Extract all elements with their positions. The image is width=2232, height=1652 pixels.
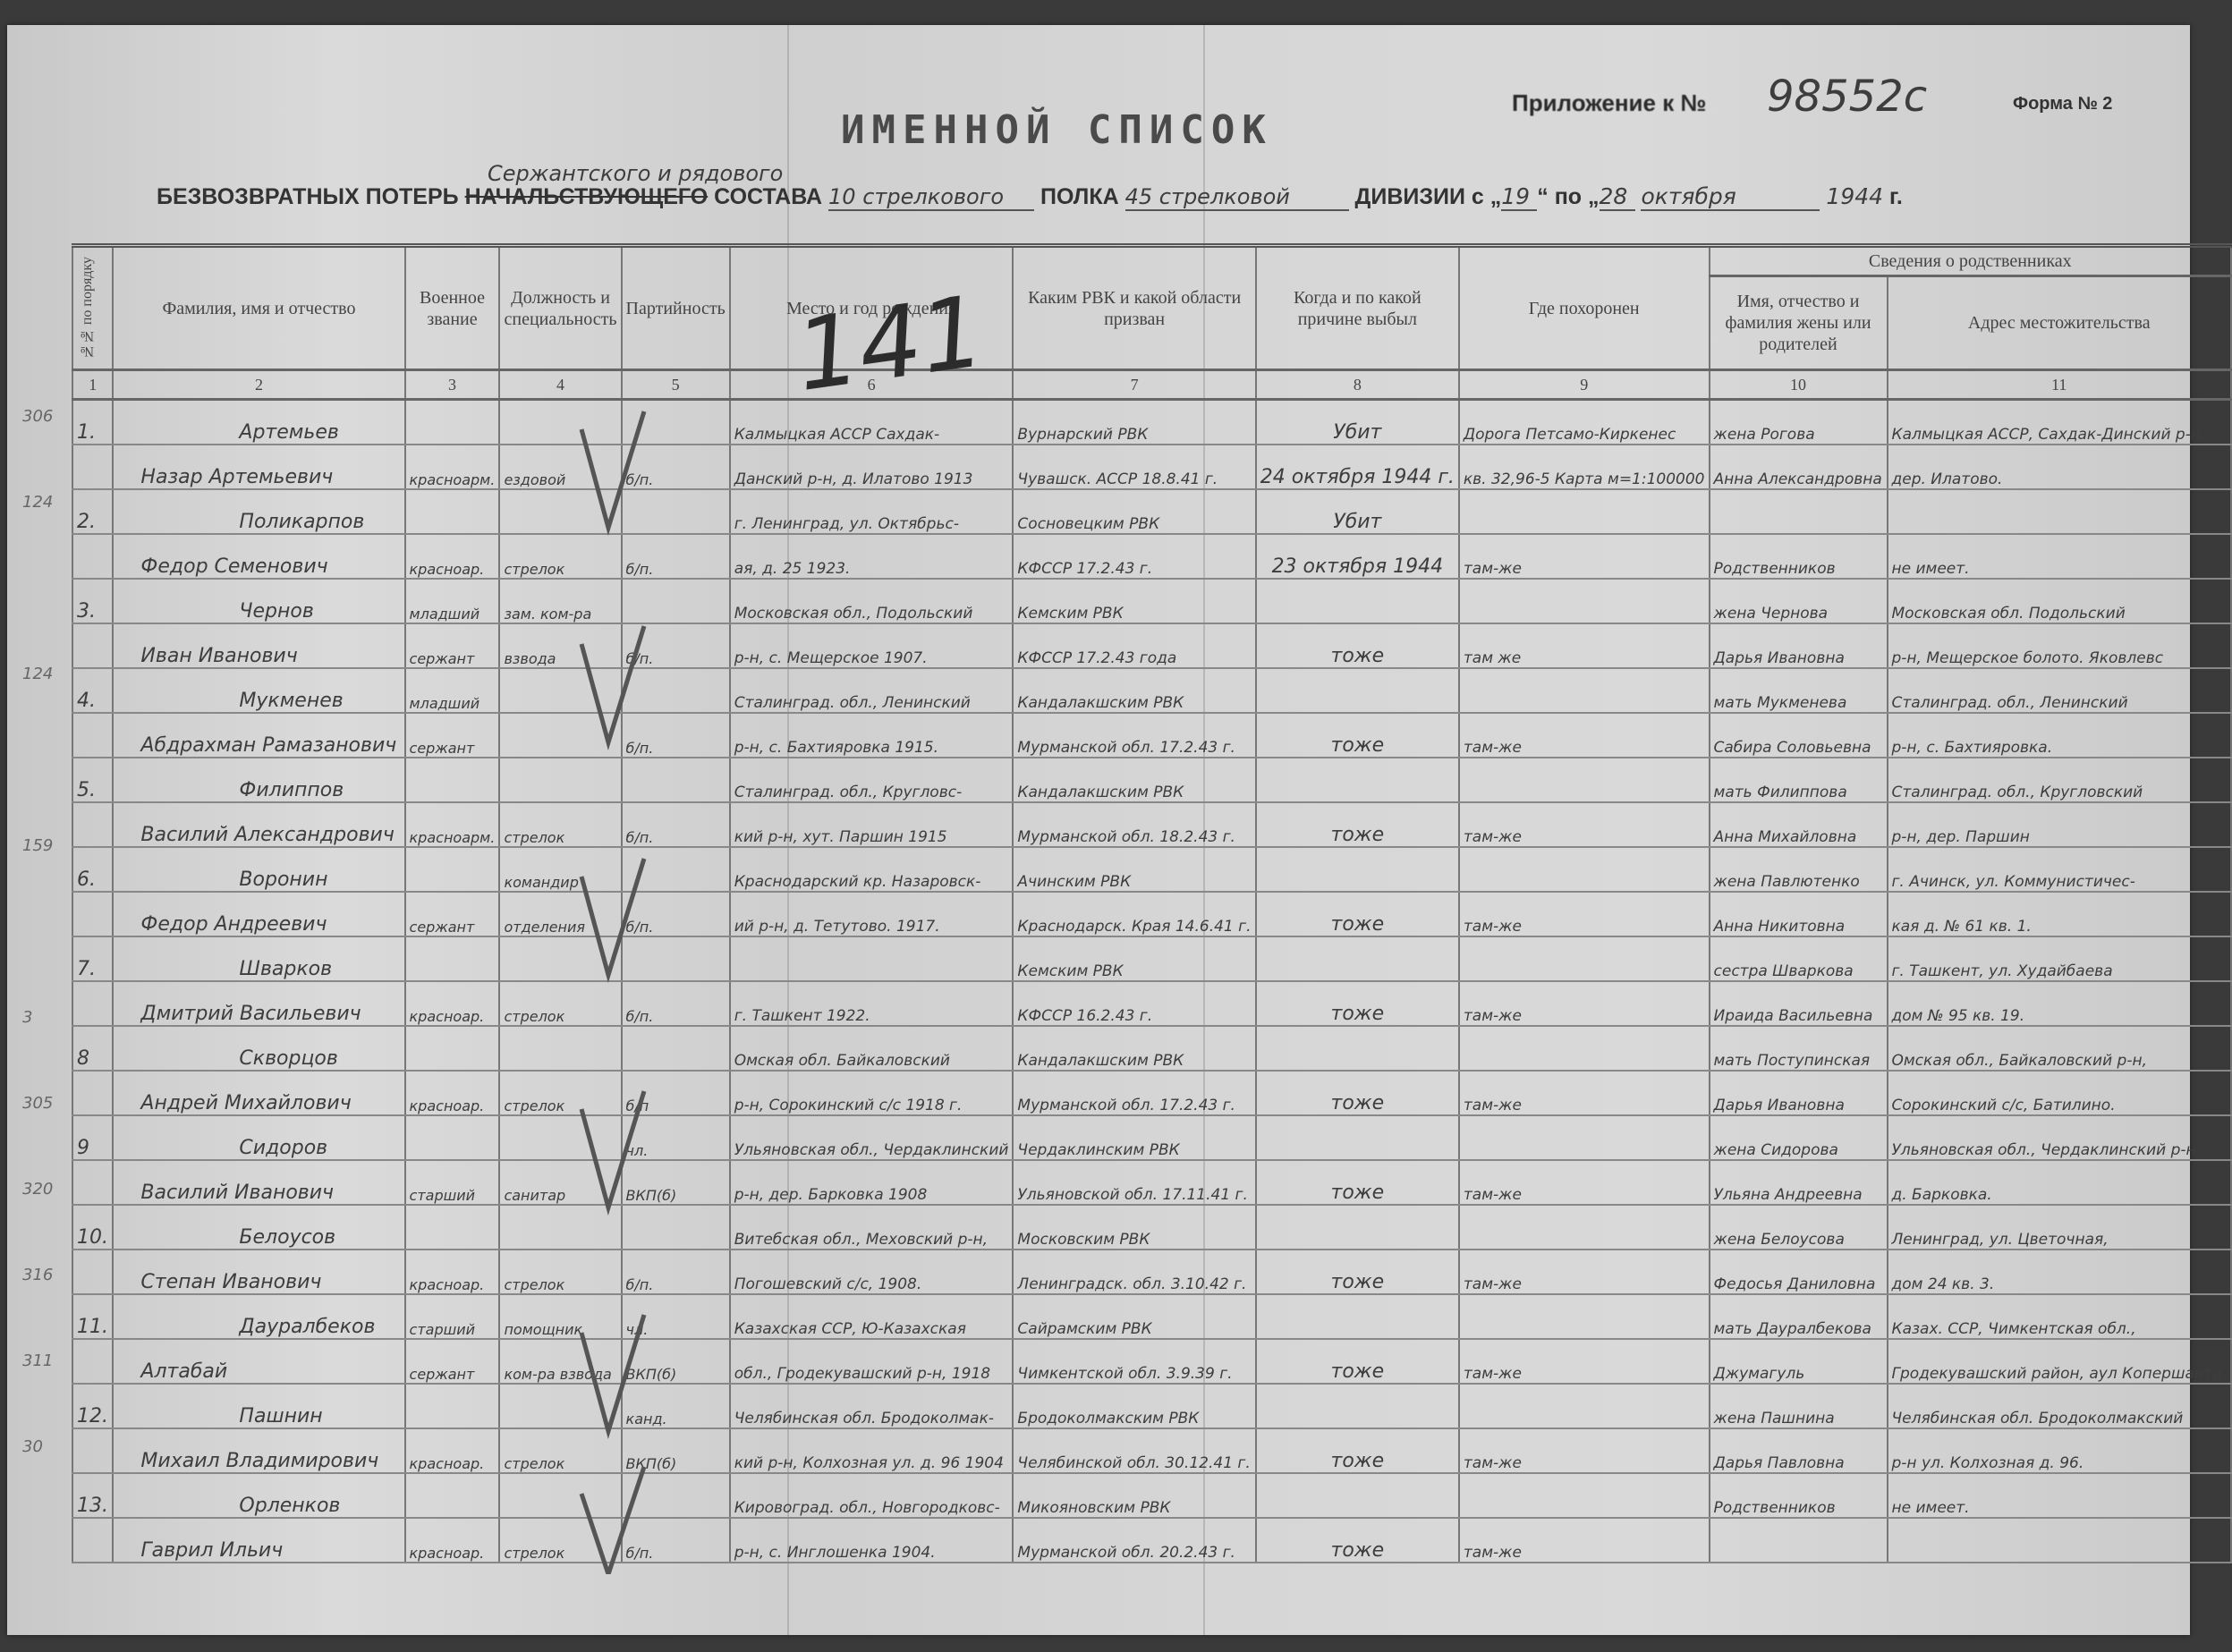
col-header-number: №№ по порядку: [72, 246, 113, 370]
burial-place: [1459, 1026, 1710, 1071]
table-row: Абдрахман Рамазановичсержантб/п.р-н, с. …: [72, 713, 2231, 758]
relative-address: Челябинская обл. Бродоколмакский: [1888, 1384, 2232, 1428]
burial-place: Дорога Петсамо-Киркенес: [1459, 400, 1710, 445]
row-number: [72, 713, 113, 758]
relative-address: Ульяновская обл., Чердаклинский р-н,: [1888, 1115, 2232, 1160]
full-name: Чернов: [113, 579, 404, 623]
table-row: Федор Андреевичсержантотделенияб/п.ий р-…: [72, 892, 2231, 936]
military-rank: младший: [405, 668, 500, 713]
header-struck: НАЧАЛЬСТВУЮЩЕГО: [465, 184, 709, 209]
military-rank: красноарм.: [405, 445, 500, 489]
relative-name: [1710, 489, 1888, 534]
burial-place: кв. 32,96-5 Карта м=1:100000: [1459, 445, 1710, 489]
date-and-cause: 23 октября 1944: [1256, 534, 1459, 579]
date-and-cause: [1256, 847, 1459, 892]
conscription-office: Чердаклинским РВК: [1013, 1115, 1255, 1160]
full-name: Василий Иванович: [113, 1160, 404, 1205]
burial-place: там-же: [1459, 981, 1710, 1026]
relative-name: Федосья Даниловна: [1710, 1250, 1888, 1294]
burial-place: [1459, 847, 1710, 892]
relative-name: Джумагуль: [1710, 1339, 1888, 1384]
col-header-address: Адрес местожительства: [1888, 276, 2232, 370]
date-and-cause: тоже: [1256, 1518, 1459, 1563]
relative-name: сестра Шваркова: [1710, 936, 1888, 981]
military-rank: [405, 1205, 500, 1250]
date-and-cause: тоже: [1256, 1160, 1459, 1205]
margin-annotation: 124: [22, 493, 53, 512]
full-name: Сидоров: [113, 1115, 404, 1160]
full-name: Алтабай: [113, 1339, 404, 1384]
margin-annotation: 159: [22, 836, 53, 855]
relative-name: Дарья Ивановна: [1710, 623, 1888, 668]
date-and-cause: [1256, 1294, 1459, 1339]
date-and-cause: [1256, 1115, 1459, 1160]
date-po: “ по „: [1537, 184, 1599, 209]
conscription-office: Ленинградск. обл. 3.10.42 г.: [1013, 1250, 1255, 1294]
conscription-office: Ачинским РВК: [1013, 847, 1255, 892]
table-row: 12.Пашнинканд.Челябинская обл. Бродоколм…: [72, 1384, 2231, 1428]
table-row: 1.АртемьевКалмыцкая АССР Сахдак-Вурнарск…: [72, 400, 2231, 445]
burial-place: [1459, 668, 1710, 713]
full-name: Скворцов: [113, 1026, 404, 1071]
conscription-office: КФССР 17.2.43 года: [1013, 623, 1255, 668]
checkmarks-column: [573, 394, 716, 1574]
relative-name: [1710, 1518, 1888, 1563]
birthplace: Московская обл., Подольский: [730, 579, 1014, 623]
table-row: Василий Александровичкрасноарм.стрелокб/…: [72, 802, 2231, 847]
row-number: 6.: [72, 847, 113, 892]
row-number: [72, 802, 113, 847]
full-name: Поликарпов: [113, 489, 404, 534]
full-name: Орленков: [113, 1473, 404, 1518]
margin-annotation: 30: [22, 1437, 43, 1456]
row-number: [72, 981, 113, 1026]
full-name: Шварков: [113, 936, 404, 981]
col-header-buried: Где похоронен: [1459, 246, 1710, 370]
full-name: Иван Иванович: [113, 623, 404, 668]
date-and-cause: [1256, 936, 1459, 981]
full-name: Филиппов: [113, 758, 404, 802]
col-header-relatives: Сведения о родственниках: [1710, 246, 2231, 276]
full-name: Мукменев: [113, 668, 404, 713]
relative-address: [1888, 489, 2232, 534]
row-number: 1.: [72, 400, 113, 445]
margin-annotation: 306: [22, 407, 53, 426]
relative-address: не имеет.: [1888, 1473, 2232, 1518]
conscription-office: Бродоколмакским РВК: [1013, 1384, 1255, 1428]
row-number: 5.: [72, 758, 113, 802]
row-number: 8: [72, 1026, 113, 1071]
birthplace: р-н, Сорокинский с/с 1918 г.: [730, 1071, 1014, 1115]
document-title: ИМЕННОЙ СПИСОК: [841, 107, 1273, 153]
full-name: Федор Семенович: [113, 534, 404, 579]
birthplace: обл., Гродекувашский р-н, 1918: [730, 1339, 1014, 1384]
row-number: [72, 1160, 113, 1205]
table-row: Дмитрий Васильевичкрасноар.стрелокб/п.г.…: [72, 981, 2231, 1026]
date-and-cause: тоже: [1256, 1428, 1459, 1473]
full-name: Дмитрий Васильевич: [113, 981, 404, 1026]
burial-place: там-же: [1459, 1428, 1710, 1473]
relative-name: Анна Никитовна: [1710, 892, 1888, 936]
regiment-label: ПОЛКА: [1040, 184, 1119, 209]
full-name: Василий Александрович: [113, 802, 404, 847]
burial-place: [1459, 936, 1710, 981]
row-number: [72, 1339, 113, 1384]
conscription-office: КФССР 16.2.43 г.: [1013, 981, 1255, 1026]
date-and-cause: тоже: [1256, 802, 1459, 847]
col-header-position: Должность и специальность: [499, 246, 621, 370]
relative-name: Родственников: [1710, 534, 1888, 579]
table-row: 13.ОрленковКировоград. обл., Новгородков…: [72, 1473, 2231, 1518]
burial-place: там-же: [1459, 534, 1710, 579]
appendix-number: 98552с: [1767, 72, 1927, 122]
relative-address: р-н, Мещерское болото. Яковлевс: [1888, 623, 2232, 668]
military-rank: красноар.: [405, 981, 500, 1026]
burial-place: там же: [1459, 623, 1710, 668]
relative-address: дер. Илатово.: [1888, 445, 2232, 489]
military-rank: красноар.: [405, 534, 500, 579]
full-name: Белоусов: [113, 1205, 404, 1250]
row-number: 2.: [72, 489, 113, 534]
birthplace: ая, д. 25 1923.: [730, 534, 1014, 579]
military-rank: [405, 758, 500, 802]
military-rank: [405, 1384, 500, 1428]
table-row: Гаврил Ильичкрасноар.стрелокб/п.р-н, с. …: [72, 1518, 2231, 1563]
military-rank: [405, 489, 500, 534]
table-row: 7.ШварковКемским РВКсестра Шварковаг. Та…: [72, 936, 2231, 981]
row-number: 7.: [72, 936, 113, 981]
burial-place: там-же: [1459, 713, 1710, 758]
row-number: [72, 892, 113, 936]
row-number: [72, 1428, 113, 1473]
relative-name: мать Поступинская: [1710, 1026, 1888, 1071]
burial-place: там-же: [1459, 802, 1710, 847]
birthplace: р-н, дер. Барковка 1908: [730, 1160, 1014, 1205]
margin-annotation: 320: [22, 1180, 53, 1199]
column-numbers-row: 1234567891011: [72, 370, 2231, 400]
full-name: Степан Иванович: [113, 1250, 404, 1294]
date-and-cause: тоже: [1256, 1250, 1459, 1294]
relative-address: Сталинград. обл., Ленинский: [1888, 668, 2232, 713]
table-row: 9Сидоровчл.Ульяновская обл., Чердаклинск…: [72, 1115, 2231, 1160]
regiment-value: 10 стрелкового: [828, 184, 1034, 211]
row-number: [72, 534, 113, 579]
conscription-office: Московским РВК: [1013, 1205, 1255, 1250]
conscription-office: Кандалакшским РВК: [1013, 1026, 1255, 1071]
table-row: 11.Дауралбековстаршийпомощникчл.Казахска…: [72, 1294, 2231, 1339]
margin-annotation: 305: [22, 1094, 53, 1113]
burial-place: там-же: [1459, 1518, 1710, 1563]
birthplace: Витебская обл., Меховский р-н,: [730, 1205, 1014, 1250]
military-rank: [405, 400, 500, 445]
full-name: Воронин: [113, 847, 404, 892]
burial-place: [1459, 1294, 1710, 1339]
division-label: ДИВИЗИИ с „: [1355, 184, 1502, 209]
table-row: 6.ВоронинкомандирКраснодарский кр. Назар…: [72, 847, 2231, 892]
relative-address: г. Ташкент, ул. Худайбаева: [1888, 936, 2232, 981]
conscription-office: Кандалакшским РВК: [1013, 668, 1255, 713]
row-number: 10.: [72, 1205, 113, 1250]
full-name: Абдрахман Рамазанович: [113, 713, 404, 758]
table-row: Василий ИвановичстаршийсанитарВКП(б)р-н,…: [72, 1160, 2231, 1205]
conscription-office: Мурманской обл. 18.2.43 г.: [1013, 802, 1255, 847]
conscription-office: Мурманской обл. 17.2.43 г.: [1013, 713, 1255, 758]
table-row: 2.Поликарповг. Ленинград, ул. Октябрьс-С…: [72, 489, 2231, 534]
burial-place: [1459, 758, 1710, 802]
appendix-label: Приложение к №: [1512, 89, 1706, 117]
conscription-office: КФССР 17.2.43 г.: [1013, 534, 1255, 579]
relative-name: Сабира Соловьевна: [1710, 713, 1888, 758]
birthplace: г. Ташкент 1922.: [730, 981, 1014, 1026]
conscription-office: Мурманской обл. 17.2.43 г.: [1013, 1071, 1255, 1115]
relative-address: не имеет.: [1888, 534, 2232, 579]
relative-name: мать Дауралбекова: [1710, 1294, 1888, 1339]
relative-name: Анна Александровна: [1710, 445, 1888, 489]
col-header-party: Партийность: [622, 246, 730, 370]
relative-name: жена Чернова: [1710, 579, 1888, 623]
table-row: Алтабайсержантком-ра взводаВКП(б)обл., Г…: [72, 1339, 2231, 1384]
header-prefix: БЕЗВОЗВРАТНЫХ ПОТЕРЬ: [157, 184, 459, 209]
full-name: Дауралбеков: [113, 1294, 404, 1339]
military-rank: красноар.: [405, 1250, 500, 1294]
military-rank: сержант: [405, 892, 500, 936]
conscription-office: Ульяновской обл. 17.11.41 г.: [1013, 1160, 1255, 1205]
birthplace: Краснодарский кр. Назаровск-: [730, 847, 1014, 892]
date-and-cause: [1256, 579, 1459, 623]
table-row: Степан Ивановичкрасноар.стрелокб/п.Погош…: [72, 1250, 2231, 1294]
relative-address: дом № 95 кв. 19.: [1888, 981, 2232, 1026]
date-and-cause: [1256, 1205, 1459, 1250]
conscription-office: Мурманской обл. 20.2.43 г.: [1013, 1518, 1255, 1563]
relative-name: Дарья Павловна: [1710, 1428, 1888, 1473]
full-name: Федор Андреевич: [113, 892, 404, 936]
header-sostava: СОСТАВА: [714, 184, 822, 209]
birthplace: р-н, с. Мещерское 1907.: [730, 623, 1014, 668]
table-row: 5.ФилипповСталинград. обл., Кругловс-Кан…: [72, 758, 2231, 802]
relative-address: д. Барковка.: [1888, 1160, 2232, 1205]
burial-place: там-же: [1459, 1071, 1710, 1115]
col-header-rvk: Каким РВК и какой области призван: [1013, 246, 1255, 370]
military-rank: красноар.: [405, 1518, 500, 1563]
burial-place: там-же: [1459, 1160, 1710, 1205]
margin-annotation: 311: [22, 1351, 53, 1370]
year-suffix: г.: [1889, 184, 1903, 209]
date-and-cause: [1256, 1473, 1459, 1518]
table-row: 10.БелоусовВитебская обл., Меховский р-н…: [72, 1205, 2231, 1250]
date-and-cause: [1256, 1026, 1459, 1071]
conscription-office: Кемским РВК: [1013, 936, 1255, 981]
relative-name: Анна Михайловна: [1710, 802, 1888, 847]
relative-address: р-н, с. Бахтияровка.: [1888, 713, 2232, 758]
conscription-office: Вурнарский РВК: [1013, 400, 1255, 445]
losses-table: №№ по порядку Фамилия, имя и отчество Во…: [72, 243, 2232, 1563]
conscription-office: Челябинской обл. 30.12.41 г.: [1013, 1428, 1255, 1473]
military-rank: [405, 1473, 500, 1518]
table-row: Назар Артемьевичкрасноарм.ездовойб/п.Дан…: [72, 445, 2231, 489]
relative-address: Омская обл., Байкаловский р-н,: [1888, 1026, 2232, 1071]
relative-name: жена Павлютенко: [1710, 847, 1888, 892]
military-rank: младший: [405, 579, 500, 623]
birthplace: Ульяновская обл., Чердаклинский: [730, 1115, 1014, 1160]
relative-address: Казах. ССР, Чимкентская обл.,: [1888, 1294, 2232, 1339]
birthplace: ий р-н, д. Тетутово. 1917.: [730, 892, 1014, 936]
military-rank: сержант: [405, 713, 500, 758]
military-rank: сержант: [405, 1339, 500, 1384]
birthplace: Казахская ССР, Ю-Казахская: [730, 1294, 1014, 1339]
burial-place: там-же: [1459, 1250, 1710, 1294]
burial-place: там-же: [1459, 1339, 1710, 1384]
date-and-cause: тоже: [1256, 623, 1459, 668]
relative-name: мать Филиппова: [1710, 758, 1888, 802]
header-inserted-text: Сержантского и рядового: [488, 161, 783, 186]
relative-name: жена Белоусова: [1710, 1205, 1888, 1250]
burial-place: [1459, 489, 1710, 534]
relative-address: кая д. № 61 кв. 1.: [1888, 892, 2232, 936]
military-rank: красноар.: [405, 1071, 500, 1115]
burial-place: [1459, 1384, 1710, 1428]
date-and-cause: [1256, 758, 1459, 802]
birthplace: [730, 936, 1014, 981]
table-row: Андрей Михайловичкрасноар.стрелокб/пр-н,…: [72, 1071, 2231, 1115]
date-and-cause: Убит: [1256, 400, 1459, 445]
row-number: 12.: [72, 1384, 113, 1428]
full-name: Андрей Михайлович: [113, 1071, 404, 1115]
relative-address: [1888, 1518, 2232, 1563]
col-header-when-why: Когда и по какой причине выбыл: [1256, 246, 1459, 370]
birthplace: Кировоград. обл., Новгородковс-: [730, 1473, 1014, 1518]
date-and-cause: [1256, 1384, 1459, 1428]
table-row: 4.МукменевмладшийСталинград. обл., Ленин…: [72, 668, 2231, 713]
conscription-office: Микояновским РВК: [1013, 1473, 1255, 1518]
burial-place: [1459, 1473, 1710, 1518]
full-name: Михаил Владимирович: [113, 1428, 404, 1473]
col-header-rank: Военное звание: [405, 246, 500, 370]
row-number: [72, 445, 113, 489]
birthplace: г. Ленинград, ул. Октябрьс-: [730, 489, 1014, 534]
conscription-office: Чимкентской обл. 3.9.39 г.: [1013, 1339, 1255, 1384]
military-rank: сержант: [405, 623, 500, 668]
birthplace: Погошевский с/с, 1908.: [730, 1250, 1014, 1294]
military-rank: [405, 1115, 500, 1160]
margin-annotation: 124: [22, 665, 53, 683]
military-rank: красноарм.: [405, 802, 500, 847]
division-value: 45 стрелковой: [1125, 184, 1349, 211]
military-rank: [405, 936, 500, 981]
row-number: 11.: [72, 1294, 113, 1339]
year: 1944: [1826, 183, 1883, 209]
row-number: [72, 1071, 113, 1115]
burial-place: там-же: [1459, 892, 1710, 936]
birthplace: Данский р-н, д. Илатово 1913: [730, 445, 1014, 489]
relative-name: жена Сидорова: [1710, 1115, 1888, 1160]
relative-address: Московская обл. Подольский: [1888, 579, 2232, 623]
birthplace: р-н, с. Инглошенка 1904.: [730, 1518, 1014, 1563]
col-header-name: Фамилия, имя и отчество: [113, 246, 404, 370]
date-to-month: октября: [1641, 183, 1820, 211]
full-name: Пашнин: [113, 1384, 404, 1428]
row-number: [72, 1250, 113, 1294]
row-number: 9: [72, 1115, 113, 1160]
birthplace: Сталинград. обл., Ленинский: [730, 668, 1014, 713]
date-and-cause: тоже: [1256, 1339, 1459, 1384]
relative-address: Калмыцкая АССР, Сахдак-Динский р-н,: [1888, 400, 2232, 445]
conscription-office: Чувашск. АССР 18.8.41 г.: [1013, 445, 1255, 489]
row-number: 4.: [72, 668, 113, 713]
date-and-cause: [1256, 668, 1459, 713]
relative-name: Родственников: [1710, 1473, 1888, 1518]
relative-name: Ираида Васильевна: [1710, 981, 1888, 1026]
row-number: [72, 623, 113, 668]
table-row: Михаил Владимировичкрасноар.стрелокВКП(б…: [72, 1428, 2231, 1473]
header-line: БЕЗВОЗВРАТНЫХ ПОТЕРЬ НАЧАЛЬСТВУЮЩЕГО СОС…: [157, 183, 1903, 211]
row-number: 13.: [72, 1473, 113, 1518]
relative-address: р-н, дер. Паршин: [1888, 802, 2232, 847]
full-name: Артемьев: [113, 400, 404, 445]
date-and-cause: Убит: [1256, 489, 1459, 534]
conscription-office: Краснодарск. Края 14.6.41 г.: [1013, 892, 1255, 936]
relative-address: Гродекувашский район, аул Копершакта.: [1888, 1339, 2232, 1384]
burial-place: [1459, 1115, 1710, 1160]
date-and-cause: тоже: [1256, 713, 1459, 758]
form-number: Форма № 2: [2013, 94, 2112, 114]
relative-address: Сталинград. обл., Кругловский: [1888, 758, 2232, 802]
full-name: Назар Артемьевич: [113, 445, 404, 489]
birthplace: кий р-н, хут. Паршин 1915: [730, 802, 1014, 847]
conscription-office: Кемским РВК: [1013, 579, 1255, 623]
birthplace: Челябинская обл. Бродоколмак-: [730, 1384, 1014, 1428]
relative-address: Ленинград, ул. Цветочная,: [1888, 1205, 2232, 1250]
row-number: 3.: [72, 579, 113, 623]
margin-annotation: 3: [22, 1008, 32, 1027]
military-rank: старший: [405, 1294, 500, 1339]
burial-place: [1459, 579, 1710, 623]
relative-address: г. Ачинск, ул. Коммунистичес-: [1888, 847, 2232, 892]
relative-name: мать Мукменева: [1710, 668, 1888, 713]
relative-name: Ульяна Андреевна: [1710, 1160, 1888, 1205]
military-rank: старший: [405, 1160, 500, 1205]
conscription-office: Сосновецким РВК: [1013, 489, 1255, 534]
burial-place: [1459, 1205, 1710, 1250]
table-row: 3.Черновмладшийзам. ком-раМосковская обл…: [72, 579, 2231, 623]
date-from: 19: [1501, 183, 1537, 211]
relative-name: Дарья Ивановна: [1710, 1071, 1888, 1115]
military-rank: красноар.: [405, 1428, 500, 1473]
birthplace: Сталинград. обл., Кругловс-: [730, 758, 1014, 802]
table-row: Иван Ивановичсержантвзводаб/п.р-н, с. Ме…: [72, 623, 2231, 668]
table-row: 8СкворцовОмская обл. БайкаловскийКандала…: [72, 1026, 2231, 1071]
relative-name: жена Рогова: [1710, 400, 1888, 445]
full-name: Гаврил Ильич: [113, 1518, 404, 1563]
date-to-day: 28: [1600, 183, 1635, 211]
relative-address: Сорокинский с/с, Батилино.: [1888, 1071, 2232, 1115]
military-rank: [405, 847, 500, 892]
date-and-cause: тоже: [1256, 1071, 1459, 1115]
relative-address: дом 24 кв. 3.: [1888, 1250, 2232, 1294]
relative-name: жена Пашнина: [1710, 1384, 1888, 1428]
conscription-office: Кандалакшским РВК: [1013, 758, 1255, 802]
margin-annotation: 316: [22, 1266, 53, 1284]
date-and-cause: тоже: [1256, 981, 1459, 1026]
date-and-cause: 24 октября 1944 г.: [1256, 445, 1459, 489]
birthplace: Калмыцкая АССР Сахдак-: [730, 400, 1014, 445]
birthplace: р-н, с. Бахтияровка 1915.: [730, 713, 1014, 758]
col-header-relative-name: Имя, отчество и фамилия жены или родител…: [1710, 276, 1888, 370]
birthplace: кий р-н, Колхозная ул. д. 96 1904: [730, 1428, 1014, 1473]
relative-address: р-н ул. Колхозная д. 96.: [1888, 1428, 2232, 1473]
birthplace: Омская обл. Байкаловский: [730, 1026, 1014, 1071]
row-number: [72, 1518, 113, 1563]
conscription-office: Сайрамским РВК: [1013, 1294, 1255, 1339]
